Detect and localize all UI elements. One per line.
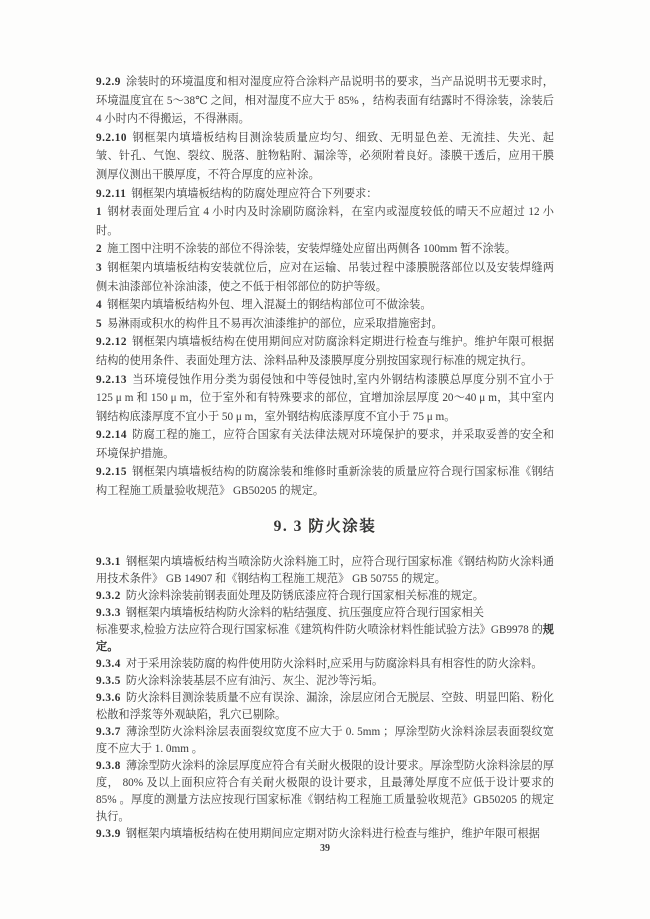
clause-text: 钢框架内填墙板结构在使用期间应对防腐涂料定期进行检查与维护。维护年限可根据结构的…	[96, 336, 554, 367]
clause-number: 9.3.8	[96, 760, 121, 772]
clause-number: 9.3.9	[96, 828, 121, 840]
clause-number: 9.3.6	[96, 692, 121, 704]
clause-number: 9.3.1	[96, 556, 121, 568]
clause-number: 9.2.10	[96, 132, 127, 144]
clause-number: 2	[96, 243, 102, 255]
clause-text: 防火涂料涂装基层不应有油污、灰尘、泥沙等污垢。	[126, 675, 383, 687]
clause-number: 3	[96, 262, 102, 274]
clause: 9.2.11钢框架内填墙板结构的防腐处理应符合下列要求：	[96, 185, 554, 204]
clause-number: 9.3.2	[96, 590, 121, 602]
clause-number: 9.2.14	[96, 429, 127, 441]
scanned-standard-page: { "document": { "page_number": "39", "te…	[0, 0, 650, 919]
clause: 9.3.6防火涂料目测涂装质量不应有误涂、漏涂，涂层应闭合无脱层、空鼓、明显凹陷…	[96, 690, 554, 724]
clause-text: 钢框架内填墙板结构的防腐涂装和维修时重新涂装的质量应符合现行国家标准《钢结构工程…	[96, 466, 554, 497]
clause-text: 涂装时的环境温度和相对湿度应符合涂料产品说明书的要求，当产品说明书无要求时，环境…	[96, 76, 557, 125]
clause-number: 4	[96, 299, 102, 311]
clause-text: 易淋雨或积水的构件且不易再次油漆维护的部位，应采取措施密封。	[107, 318, 443, 330]
clause-text: 钢框架内填墙板结构安装就位后，应对在运输、吊装过程中漆膜脱落部位以及安装焊缝两侧…	[96, 262, 554, 293]
clause-number: 9.2.13	[96, 374, 127, 386]
clause-text: 对于采用涂装防腐的构件使用防火涂料时,应采用与防腐涂料具有相容性的防火涂料。	[126, 658, 543, 670]
clause-text: 当环境侵蚀作用分类为弱侵蚀和中等侵蚀时,室内外钢结构漆膜总厚度分别不宜小于 12…	[96, 374, 557, 423]
page-number: 39	[0, 843, 650, 854]
clause: 4钢框架内填墙板结构外包、埋入混凝土的钢结构部位可不做涂装。	[96, 296, 554, 315]
clause-number: 9.3.5	[96, 675, 121, 687]
clause-list-section-9-3: 9.3.1钢框架内填墙板结构当喷涂防火涂料施工时，应符合现行国家标准《钢结构防火…	[96, 554, 554, 843]
clause-number: 9.2.12	[96, 336, 127, 348]
clause-text: 钢框架内填墙板结构外包、埋入混凝土的钢结构部位可不做涂装。	[107, 299, 431, 311]
clause-number: 9.2.15	[96, 466, 127, 478]
clause-number: 9.3.4	[96, 658, 121, 670]
clause-number: 5	[96, 318, 102, 330]
clause-number: 9.3.7	[96, 726, 121, 738]
page-content: 9.2.9涂装时的环境温度和相对湿度应符合涂料产品说明书的要求，当产品说明书无要…	[96, 73, 554, 843]
clause: 9.2.12钢框架内填墙板结构在使用期间应对防腐涂料定期进行检查与维护。维护年限…	[96, 333, 554, 370]
clause: 9.3.7薄涂型防火涂料涂层表面裂纹宽度不应大于 0. 5mm ；厚涂型防火涂料…	[96, 724, 554, 758]
clause: 5易淋雨或积水的构件且不易再次油漆维护的部位，应采取措施密封。	[96, 315, 554, 334]
section-heading: 9. 3 防火涂装	[96, 515, 554, 539]
clause: 9.3.3钢框架内填墙板结构防火涂料的粘结强度、抗压强度应符合现行国家相关 标准…	[96, 605, 554, 656]
clause: 9.2.9涂装时的环境温度和相对湿度应符合涂料产品说明书的要求，当产品说明书无要…	[96, 73, 554, 129]
clause-text: 薄涂型防火涂料涂层表面裂纹宽度不应大于 0. 5mm ；厚涂型防火涂料涂层表面裂…	[96, 726, 554, 755]
clause-text: 薄涂型防火涂料的涂层厚度应符合有关耐火极限的设计要求。厚涂型防火涂料涂层的厚度，…	[96, 760, 557, 823]
clause-number: 9.2.9	[96, 76, 121, 88]
clause: 9.3.9钢框架内填墙板结构在使用期间应定期对防火涂料进行检查与维护，维护年限可…	[96, 826, 554, 843]
clause: 9.2.14防腐工程的施工，应符合国家有关法律法规对环境保护的要求，并采取妥善的…	[96, 426, 554, 463]
clause-text: 钢框架内填墙板结构当喷涂防火涂料施工时，应符合现行国家标准《钢结构防火涂料通用技…	[96, 556, 554, 585]
clause-text: 钢材表面处理后宜 4 小时内及时涂刷防腐涂料，在室内或湿度较低的晴天不应超过 1…	[96, 206, 554, 237]
clause: 9.3.8薄涂型防火涂料的涂层厚度应符合有关耐火极限的设计要求。厚涂型防火涂料涂…	[96, 758, 554, 826]
clause-list-section-9-2: 9.2.9涂装时的环境温度和相对湿度应符合涂料产品说明书的要求，当产品说明书无要…	[96, 73, 554, 501]
clause-text: 钢框架内填墙板结构的防腐处理应符合下列要求：	[131, 188, 377, 200]
clause-text: 防火涂料涂装前钢表面处理及防锈底漆应符合现行国家相关标准的规定。	[126, 590, 484, 602]
clause-text: 防火涂料目测涂装质量不应有误涂、漏涂，涂层应闭合无脱层、空鼓、明显凹陷、粉化松散…	[96, 692, 554, 721]
clause-number: 9.2.11	[96, 188, 126, 200]
clause: 9.2.13当环境侵蚀作用分类为弱侵蚀和中等侵蚀时,室内外钢结构漆膜总厚度分别不…	[96, 371, 554, 427]
clause-number: 1	[96, 206, 102, 218]
clause-number: 9.3.3	[96, 607, 121, 619]
clause: 1钢材表面处理后宜 4 小时内及时涂刷防腐涂料，在室内或湿度较低的晴天不应超过 …	[96, 203, 554, 240]
clause-text: 钢框架内填墙板结构防火涂料的粘结强度、抗压强度应符合现行国家相关 标准要求,检验…	[96, 607, 543, 636]
clause: 9.3.4对于采用涂装防腐的构件使用防火涂料时,应采用与防腐涂料具有相容性的防火…	[96, 656, 554, 673]
clause-text: 施工图中注明不涂装的部位不得涂装，安装焊缝处应留出两侧各 100mm 暂不涂装。	[107, 243, 516, 255]
document-page: 9.2.9涂装时的环境温度和相对湿度应符合涂料产品说明书的要求，当产品说明书无要…	[0, 0, 650, 919]
clause-text: 防腐工程的施工，应符合国家有关法律法规对环境保护的要求，并采取妥善的安全和环境保…	[96, 429, 554, 460]
clause-text: 钢框架内填墙板结构目测涂装质量应均匀、细致、无明显色差、无流挂、失光、起皱、针孔…	[96, 132, 554, 181]
clause: 9.2.10钢框架内填墙板结构目测涂装质量应均匀、细致、无明显色差、无流挂、失光…	[96, 129, 554, 185]
clause: 9.2.15钢框架内填墙板结构的防腐涂装和维修时重新涂装的质量应符合现行国家标准…	[96, 463, 554, 500]
clause: 9.3.5防火涂料涂装基层不应有油污、灰尘、泥沙等污垢。	[96, 673, 554, 690]
clause: 9.3.1钢框架内填墙板结构当喷涂防火涂料施工时，应符合现行国家标准《钢结构防火…	[96, 554, 554, 588]
clause: 3钢框架内填墙板结构安装就位后，应对在运输、吊装过程中漆膜脱落部位以及安装焊缝两…	[96, 259, 554, 296]
clause: 2施工图中注明不涂装的部位不得涂装，安装焊缝处应留出两侧各 100mm 暂不涂装…	[96, 240, 554, 259]
clause-text: 钢框架内填墙板结构在使用期间应定期对防火涂料进行检查与维护，维护年限可根据	[126, 828, 540, 840]
clause: 9.3.2防火涂料涂装前钢表面处理及防锈底漆应符合现行国家相关标准的规定。	[96, 588, 554, 605]
